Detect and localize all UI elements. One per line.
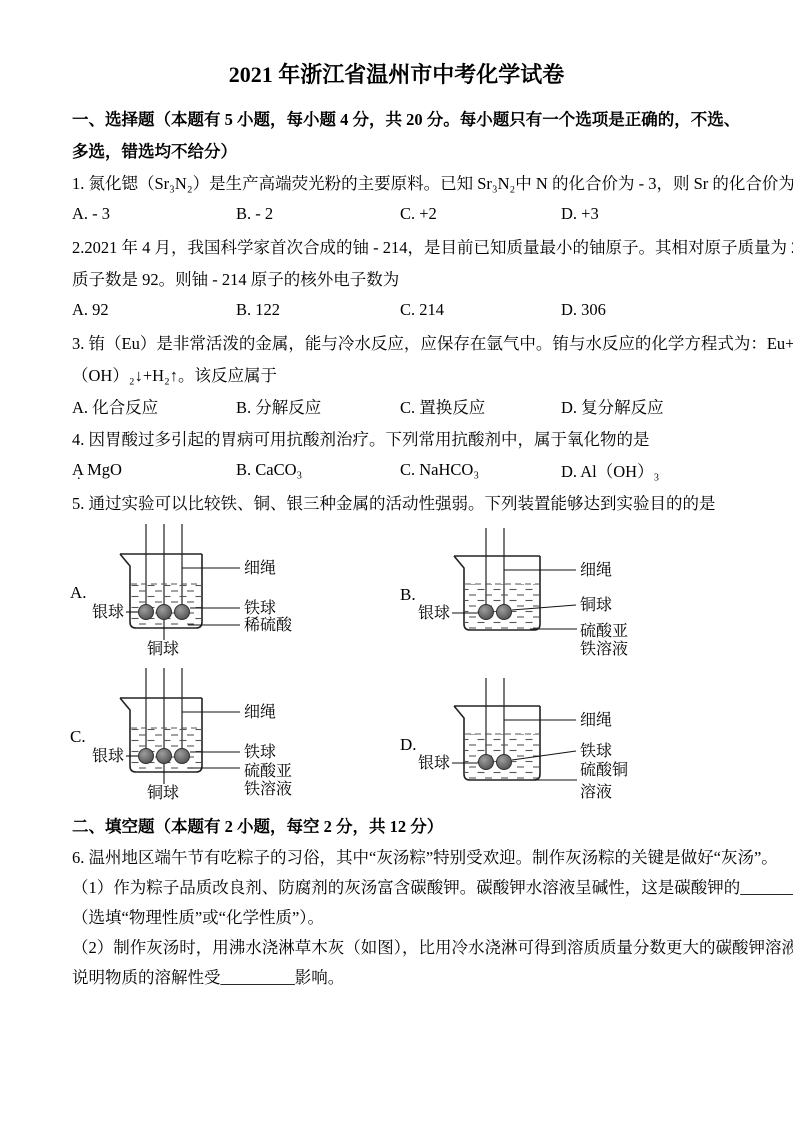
question-3-options: A. 化合反应 B. 分解反应 C. 置换反应 D. 复分解反应	[0, 390, 793, 422]
q2-option-b: B. 122	[236, 300, 400, 320]
silver-ball	[139, 605, 154, 620]
question-2-stem-line2: 质子数是 92。则铀 - 214 原子的核外电子数为	[0, 262, 793, 294]
silver-ball	[479, 755, 494, 770]
diagram-c: C. 细绳 银球 铁球 硫酸亚 铁溶液 铜球	[58, 666, 348, 816]
exam-page: 2021 年浙江省温州市中考化学试卷 一、选择题（本题有 5 小题，每小题 4 …	[0, 0, 793, 1122]
label-liquid: 稀硫酸	[244, 616, 293, 634]
q4-option-a: A MgO	[72, 460, 236, 480]
question-3-stem-line2: （OH）₂↓+H₂↑。该反应属于	[0, 358, 793, 390]
page-title: 2021 年浙江省温州市中考化学试卷	[0, 0, 793, 90]
label-silver-ball: 银球	[92, 603, 124, 621]
label-silver-ball: 银球	[92, 747, 124, 765]
question-5-stem: 5. 通过实验可以比较铁、铜、银三种金属的活动性强弱。下列装置能够达到实验目的的…	[0, 486, 793, 518]
silver-ball	[479, 605, 494, 620]
label-liquid-line1: 硫酸亚	[580, 622, 628, 640]
label-copper-ball: 铜球	[147, 784, 179, 802]
label-liquid-line1: 硫酸铜	[580, 761, 628, 779]
q5-diagram-group: A. 细绳 银球 铁球 稀硫酸 铜球 B. 细绳 铜球 银球 硫酸亚 铁溶液	[0, 518, 793, 809]
q3-option-d: D. 复分解反应	[561, 394, 664, 418]
diagram-a: A. 细绳 银球 铁球 稀硫酸 铜球	[58, 522, 348, 662]
label-iron-ball: 铁球	[244, 743, 276, 761]
copper-ball	[157, 749, 172, 764]
copper-ball	[157, 605, 172, 620]
q3-option-b: B. 分解反应	[236, 394, 400, 418]
silver-ball	[139, 749, 154, 764]
question-2-options: A. 92 B. 122 C. 214 D. 306	[0, 294, 793, 326]
label-iron-ball: 铁球	[244, 599, 276, 617]
diagram-d-letter: D.	[400, 735, 417, 754]
q1-option-d: D. +3	[561, 204, 599, 224]
section1-heading-line1: 一、选择题（本题有 5 小题，每小题 4 分，共 20 分。每小题只有一个选项是…	[0, 102, 793, 134]
q4-option-b: B. CaCO₃	[236, 460, 400, 480]
q6-part1-line2: （选填“物理性质”或“化学性质”）。	[0, 901, 793, 931]
q2-option-d: D. 306	[561, 300, 606, 320]
label-string: 细绳	[244, 703, 276, 721]
q4-option-c: C. NaHCO₃	[400, 460, 561, 480]
q4-stray-period: .	[77, 471, 81, 481]
q1-option-a: A. - 3	[72, 204, 236, 224]
question-4-stem: 4. 因胃酸过多引起的胃病可用抗酸剂治疗。下列常用抗酸剂中，属于氧化物的是	[0, 422, 793, 454]
q1-option-c: C. +2	[400, 204, 561, 224]
iron-ball	[175, 605, 190, 620]
section2-heading: 二、填空题（本题有 2 小题，每空 2 分，共 12 分）	[0, 809, 793, 841]
label-copper-ball: 铜球	[580, 596, 612, 614]
copper-ball	[497, 605, 512, 620]
q2-option-c: C. 214	[400, 300, 561, 320]
label-iron-ball: 铁球	[580, 742, 612, 760]
label-liquid-line2: 溶液	[580, 783, 612, 801]
question-1-stem: 1. 氮化锶（Sr₃N₂）是生产高端荧光粉的主要原料。已知 Sr₃N₂中 N 的…	[0, 166, 793, 198]
q3-option-a: A. 化合反应	[72, 394, 236, 418]
section1-heading-line2: 多选，错选均不给分）	[0, 134, 793, 166]
q6-part2-line1: （2）制作灰汤时，用沸水浇淋草木灰（如图），比用冷水浇淋可得到溶质质量分数更大的…	[0, 931, 793, 961]
label-silver-ball: 银球	[418, 754, 450, 772]
label-liquid-line2: 铁溶液	[244, 780, 292, 798]
q6-part2-line2: 说明物质的溶解性受_________影响。	[0, 961, 793, 991]
diagram-c-letter: C.	[70, 727, 86, 746]
label-string: 细绳	[244, 559, 276, 577]
question-4-options: A MgO B. CaCO₃ C. NaHCO₃ D. Al（OH）₃ .	[0, 454, 793, 486]
diagram-b: B. 细绳 铜球 银球 硫酸亚 铁溶液	[388, 526, 700, 676]
q3-option-c: C. 置换反应	[400, 394, 561, 418]
label-silver-ball: 银球	[418, 604, 450, 622]
label-string: 细绳	[580, 711, 612, 729]
iron-ball	[497, 755, 512, 770]
question-3-stem-line1: 3. 铕（Eu）是非常活泼的金属，能与冷水反应，应保存在氩气中。铕与水反应的化学…	[0, 326, 793, 358]
label-liquid-line2: 铁溶液	[580, 640, 628, 658]
label-string: 细绳	[580, 561, 612, 579]
label-liquid-line1: 硫酸亚	[244, 762, 292, 780]
diagram-b-letter: B.	[400, 585, 416, 604]
q1-option-b: B. - 2	[236, 204, 400, 224]
label-copper-ball: 铜球	[147, 640, 179, 658]
iron-ball	[175, 749, 190, 764]
diagram-a-letter: A.	[70, 583, 87, 602]
question-6-stem: 6. 温州地区端午节有吃粽子的习俗，其中“灰汤粽”特别受欢迎。制作灰汤粽的关键是…	[0, 841, 793, 871]
diagram-d: D. 细绳 铁球 银球 硫酸铜 溶液	[388, 676, 700, 826]
question-1-options: A. - 3 B. - 2 C. +2 D. +3	[0, 198, 793, 230]
question-2-stem-line1: 2.2021 年 4 月，我国科学家首次合成的铀 - 214，是目前已知质量最小…	[0, 230, 793, 262]
q6-part1-line1: （1）作为粽子品质改良剂、防腐剂的灰汤富含碳酸钾。碳酸钾水溶液呈碱性，这是碳酸钾…	[0, 871, 793, 901]
q4-option-d: D. Al（OH）₃	[561, 458, 659, 482]
q2-option-a: A. 92	[72, 300, 236, 320]
